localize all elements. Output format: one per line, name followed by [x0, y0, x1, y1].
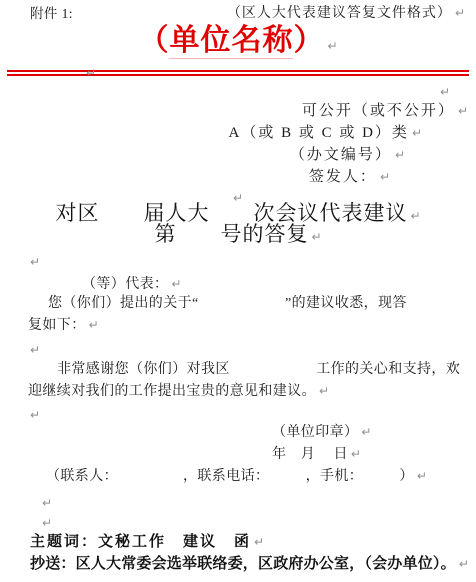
paragraph-mark: ↵	[30, 255, 40, 269]
paragraph-mark: ↵	[311, 230, 321, 244]
contact-text: （联系人： ，联系电话： ，手机： ）	[46, 469, 414, 484]
unit-name: （单位名称）	[138, 24, 324, 59]
seal-note-text: （单位印章）	[272, 425, 358, 440]
body-paragraph1-line2-text: 复如下：	[28, 318, 86, 333]
attachment-label: 附件 1:	[30, 6, 73, 22]
signer-line: 签发人：↵	[309, 169, 390, 186]
document-page: 附件 1: （区人大代表建议答复文件格式）↵ （单位名称）↵ ↵ ↵ 可公开（或…	[0, 0, 476, 582]
doc-title-line2: 第 号的答复↵	[0, 222, 476, 246]
paragraph-mark: ↵	[412, 126, 422, 140]
salutation-text: （等）代表：	[82, 277, 168, 292]
paragraph-mark: ↵	[455, 6, 465, 20]
keywords-text: 主题词：文秘工作 建议 函	[30, 534, 251, 550]
paragraph-mark: ↵	[327, 39, 337, 53]
unit-name-open-paren: （	[138, 24, 169, 57]
paragraph-mark: ↵	[89, 318, 99, 332]
paragraph-mark: ↵	[171, 277, 181, 291]
category-line: A（或 B 或 C 或 D）类↵	[229, 125, 423, 142]
paragraph-mark: ↵	[254, 535, 264, 549]
paragraph-mark: ↵	[319, 384, 329, 398]
paragraph-mark: ↵	[410, 209, 420, 223]
paragraph-mark: ↵	[458, 104, 468, 118]
doc-number-text: （办文编号）	[290, 147, 392, 163]
paragraph-mark: ↵	[361, 425, 371, 439]
body-paragraph1-line1: 您（你们）提出的关于“ ”的建议收悉，现答	[48, 296, 407, 312]
unit-name-row: （单位名称）↵	[0, 24, 476, 59]
cc-text: 抄送：区人大常委会选举联络委，区政府办公室，（会办单位）。	[30, 556, 456, 572]
body-paragraph2-line2: 迎继续对我们的工作提出宝贵的意见和建议。↵	[28, 384, 329, 400]
paragraph-mark: ↵	[86, 66, 96, 80]
paragraph-mark: ↵	[440, 85, 450, 99]
format-note-row: （区人大代表建议答复文件格式）↵	[227, 6, 465, 22]
publicity-text: 可公开（或不公开）	[302, 103, 455, 119]
doc-title-text2: 第 号的答复	[154, 222, 308, 246]
paragraph-mark: ↵	[417, 469, 427, 483]
paragraph-mark: ↵	[30, 343, 40, 357]
date-line: 年 月 日↵	[272, 447, 361, 463]
signer-text: 签发人：	[309, 169, 377, 185]
paragraph-mark: ↵	[395, 148, 405, 162]
seal-note-line: （单位印章）↵	[272, 425, 371, 441]
cc-line: 抄送：区人大常委会选举联络委，区政府办公室，（会办单位）。↵	[30, 556, 469, 573]
unit-name-text: 单位名称	[169, 24, 293, 59]
paragraph-mark: ↵	[42, 516, 52, 530]
body-paragraph2-line2-text: 迎继续对我们的工作提出宝贵的意见和建议。	[28, 384, 316, 399]
contact-line: （联系人： ，联系电话： ，手机： ）↵	[46, 469, 427, 485]
paragraph-mark: ↵	[351, 447, 361, 461]
paragraph-mark: ↵	[30, 408, 40, 422]
publicity-line: 可公开（或不公开）↵	[302, 103, 468, 120]
doc-number-line: （办文编号）↵	[290, 147, 405, 164]
date-text: 年 月 日	[272, 447, 348, 462]
unit-name-close-paren: ）	[293, 24, 324, 57]
body-paragraph2-line1: 非常感谢您（你们）对我区 工作的关心和支持，欢	[57, 362, 460, 378]
category-text: A（或 B 或 C 或 D）类	[229, 125, 409, 141]
paragraph-mark: ↵	[459, 557, 469, 571]
paragraph-mark: ↵	[380, 170, 390, 184]
salutation-line: （等）代表：↵	[82, 277, 181, 293]
format-note: （区人大代表建议答复文件格式）	[227, 6, 452, 21]
paragraph-mark: ↵	[42, 496, 52, 510]
body-paragraph1-line2: 复如下：↵	[28, 318, 99, 334]
keywords-line: 主题词：文秘工作 建议 函↵	[30, 534, 264, 551]
red-double-rule	[7, 70, 469, 76]
